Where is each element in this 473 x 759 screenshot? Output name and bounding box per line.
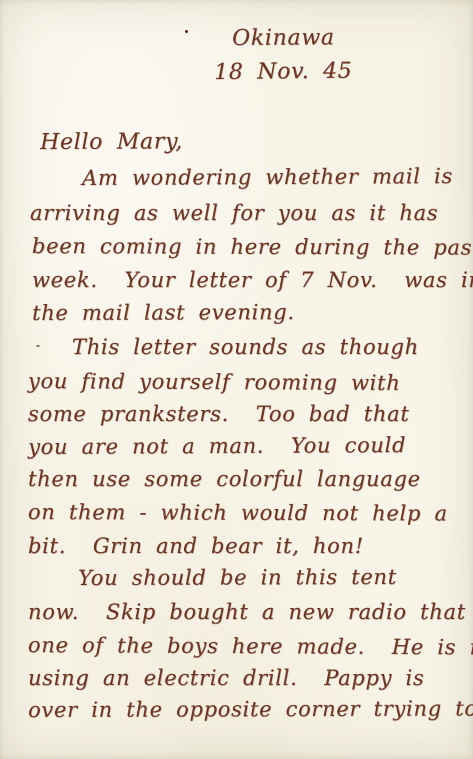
letter-line: arriving as well for you as it has: [30, 201, 438, 225]
letter-line: the mail last evening.: [32, 300, 295, 325]
letter-line: using an electric drill. Pappy is: [28, 666, 424, 690]
letter-page: Okinawa 18 Nov. 45 Hello Mary, Am wonder…: [0, 0, 473, 759]
letter-line: you are not a man. You could: [28, 433, 406, 459]
letter-line: now. Skip bought a new radio that: [28, 600, 466, 624]
ink-speck: [185, 30, 188, 33]
letter-line: been coming in here during the past: [32, 234, 473, 260]
letter-line: Am wondering whether mail is: [82, 164, 453, 190]
letter-line: some pranksters. Too bad that: [28, 402, 410, 426]
letter-salutation: Hello Mary,: [40, 129, 183, 155]
letter-line: You should be in this tent: [78, 565, 397, 590]
letter-line: week. Your letter of 7 Nov. was in: [32, 268, 473, 292]
letter-line: one of the boys here made. He is now: [28, 633, 473, 660]
ink-speck: [36, 345, 40, 347]
letter-location: Okinawa: [232, 25, 335, 51]
letter-line: over in the opposite corner trying to: [28, 696, 473, 722]
letter-line: bit. Grin and bear it, hon!: [28, 534, 364, 558]
letter-line: you find yourself rooming with: [28, 369, 401, 395]
letter-date: 18 Nov. 45: [214, 59, 353, 85]
letter-line: This letter sounds as though: [72, 335, 419, 359]
letter-line: then use some colorful language: [28, 467, 421, 491]
letter-line: on them - which would not help a: [28, 500, 448, 525]
